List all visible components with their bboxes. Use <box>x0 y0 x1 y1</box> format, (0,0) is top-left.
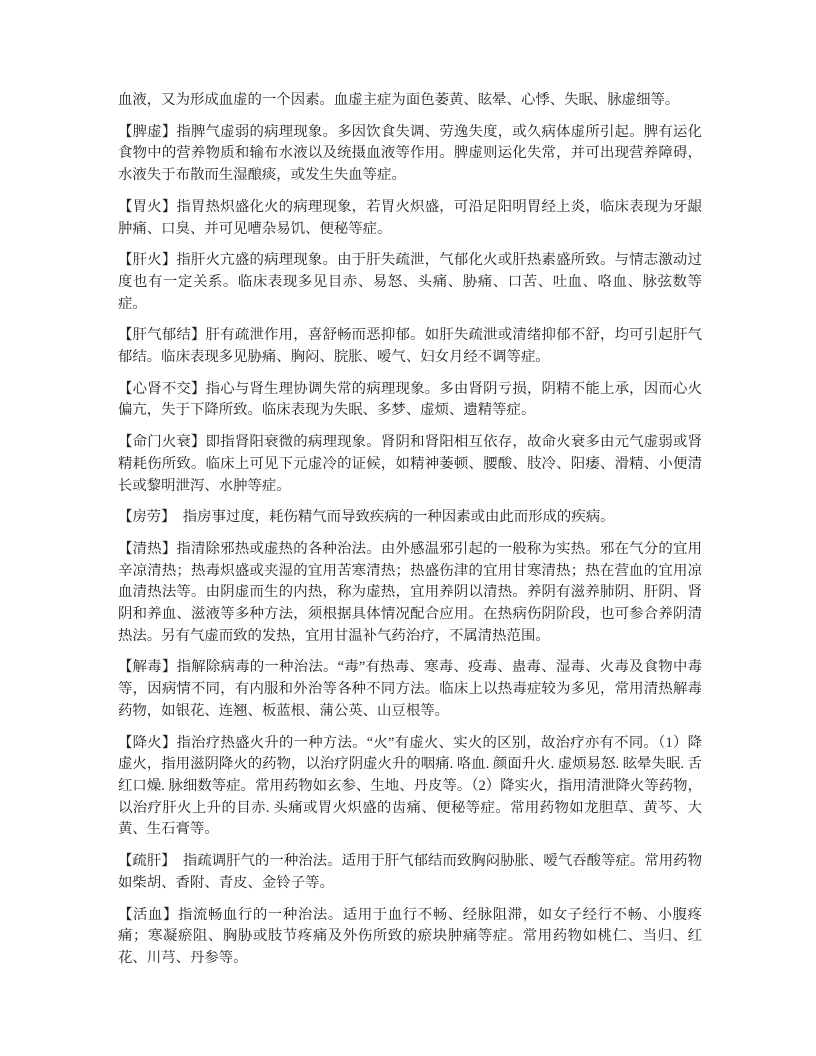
glossary-entries-list: 【脾虚】指脾气虚弱的病理现象。多因饮食失调、劳逸失度，或久病体虚所引起。脾有运化… <box>118 122 702 970</box>
continuation-paragraph: 血液，又为形成血虚的一个因素。血虚主症为面色萎黄、眩晕、心悸、失眠、脉虚细等。 <box>118 90 702 112</box>
entry-term: 【胃火】 <box>118 199 176 215</box>
entry-term: 【脾虚】 <box>118 124 176 140</box>
entry-definition: 指脾气虚弱的病理现象。多因饮食失调、劳逸失度，或久病体虚所引起。脾有运化食物中的… <box>118 124 702 183</box>
entry-term: 【肝火】 <box>118 252 176 268</box>
entry-definition: 指胃热炽盛化火的病理现象，若胃火炽盛，可沿足阳明胃经上炎，临床表现为牙龈肿痛、口… <box>118 199 702 237</box>
entry-definition: 即指肾阳衰微的病理现象。肾阴和肾阳相互依存，故命火衰多由元气虚弱或肾精耗伤所致。… <box>118 434 702 493</box>
glossary-entry-paragraph: 【房劳】 指房事过度，耗伤精气而导致疾病的一种因素或由此而形成的疾病。 <box>118 507 702 529</box>
glossary-entry-paragraph: 【肝火】指肝火亢盛的病理现象。由于肝失疏泄，气郁化火或肝热素盛所致。与情志激动过… <box>118 250 702 315</box>
glossary-entry-paragraph: 【解毒】指解除病毒的一种治法。“毒”有热毒、寒毒、疫毒、蛊毒、湿毒、火毒及食物中… <box>118 657 702 722</box>
entry-term: 【肝气郁结】 <box>118 327 206 343</box>
entry-definition: 指清除邪热或虚热的各种治法。由外感温邪引起的一般称为实热。邪在气分的宜用辛凉清热… <box>118 541 702 644</box>
entry-term: 【清热】 <box>118 541 176 557</box>
entry-term: 【命门火衰】 <box>118 434 206 450</box>
glossary-entry-paragraph: 【降火】指治疗热盛火升的一种方法。“火”有虚火、实火的区别，故治疗亦有不同。（1… <box>118 733 702 842</box>
glossary-entry-paragraph: 【胃火】指胃热炽盛化火的病理现象，若胃火炽盛，可沿足阳明胃经上炎，临床表现为牙龈… <box>118 197 702 240</box>
document-page: 血液，又为形成血虚的一个因素。血虚主症为面色萎黄、眩晕、心悸、失眠、脉虚细等。 … <box>0 0 816 1056</box>
entry-definition: 指流畅血行的一种治法。适用于血行不畅、经脉阻滞，如女子经行不畅、小腹疼痛；寒凝瘀… <box>118 907 702 966</box>
document-content: 血液，又为形成血虚的一个因素。血虚主症为面色萎黄、眩晕、心悸、失眠、脉虚细等。 … <box>118 90 702 980</box>
glossary-entry-paragraph: 【脾虚】指脾气虚弱的病理现象。多因饮食失调、劳逸失度，或久病体虚所引起。脾有运化… <box>118 122 702 187</box>
glossary-entry-paragraph: 【清热】指清除邪热或虚热的各种治法。由外感温邪引起的一般称为实热。邪在气分的宜用… <box>118 539 702 648</box>
glossary-entry-paragraph: 【疏肝】 指疏调肝气的一种治法。适用于肝气郁结而致胸闷胁胀、嗳气吞酸等症。常用药… <box>118 851 702 894</box>
entry-term: 【心肾不交】 <box>118 381 206 397</box>
glossary-entry-paragraph: 【肝气郁结】肝有疏泄作用，喜舒畅而恶抑郁。如肝失疏泄或清绪抑郁不舒，均可引起肝气… <box>118 325 702 368</box>
entry-definition: 指解除病毒的一种治法。“毒”有热毒、寒毒、疫毒、蛊毒、湿毒、火毒及食物中毒等，因… <box>118 659 702 718</box>
entry-definition: 指疏调肝气的一种治法。适用于肝气郁结而致胸闷胁胀、嗳气吞酸等症。常用药物如柴胡、… <box>118 853 702 891</box>
glossary-entry-paragraph: 【心肾不交】指心与肾生理协调失常的病理现象。多由肾阴亏损，阴精不能上承，因而心火… <box>118 379 702 422</box>
entry-definition: 指心与肾生理协调失常的病理现象。多由肾阴亏损，阴精不能上承，因而心火偏亢，失于下… <box>118 381 702 419</box>
entry-definition: 指肝火亢盛的病理现象。由于肝失疏泄，气郁化火或肝热素盛所致。与情志激动过度也有一… <box>118 252 702 311</box>
entry-term: 【房劳】 <box>118 509 168 525</box>
entry-term: 【解毒】 <box>118 659 177 675</box>
glossary-entry-paragraph: 【活血】指流畅血行的一种治法。适用于血行不畅、经脉阻滞，如女子经行不畅、小腹疼痛… <box>118 905 702 970</box>
glossary-entry-paragraph: 【命门火衰】即指肾阳衰微的病理现象。肾阴和肾阳相互依存，故命火衰多由元气虚弱或肾… <box>118 432 702 497</box>
entry-definition: 指治疗热盛火升的一种方法。“火”有虚火、实火的区别，故治疗亦有不同。（1）降虚火… <box>118 735 702 838</box>
entry-term: 【活血】 <box>118 907 178 923</box>
entry-term: 【降火】 <box>118 735 177 751</box>
entry-term: 【疏肝】 <box>118 853 168 869</box>
entry-definition: 肝有疏泄作用，喜舒畅而恶抑郁。如肝失疏泄或清绪抑郁不舒，均可引起肝气郁结。临床表… <box>118 327 702 365</box>
entry-definition: 指房事过度，耗伤精气而导致疾病的一种因素或由此而形成的疾病。 <box>168 509 614 525</box>
